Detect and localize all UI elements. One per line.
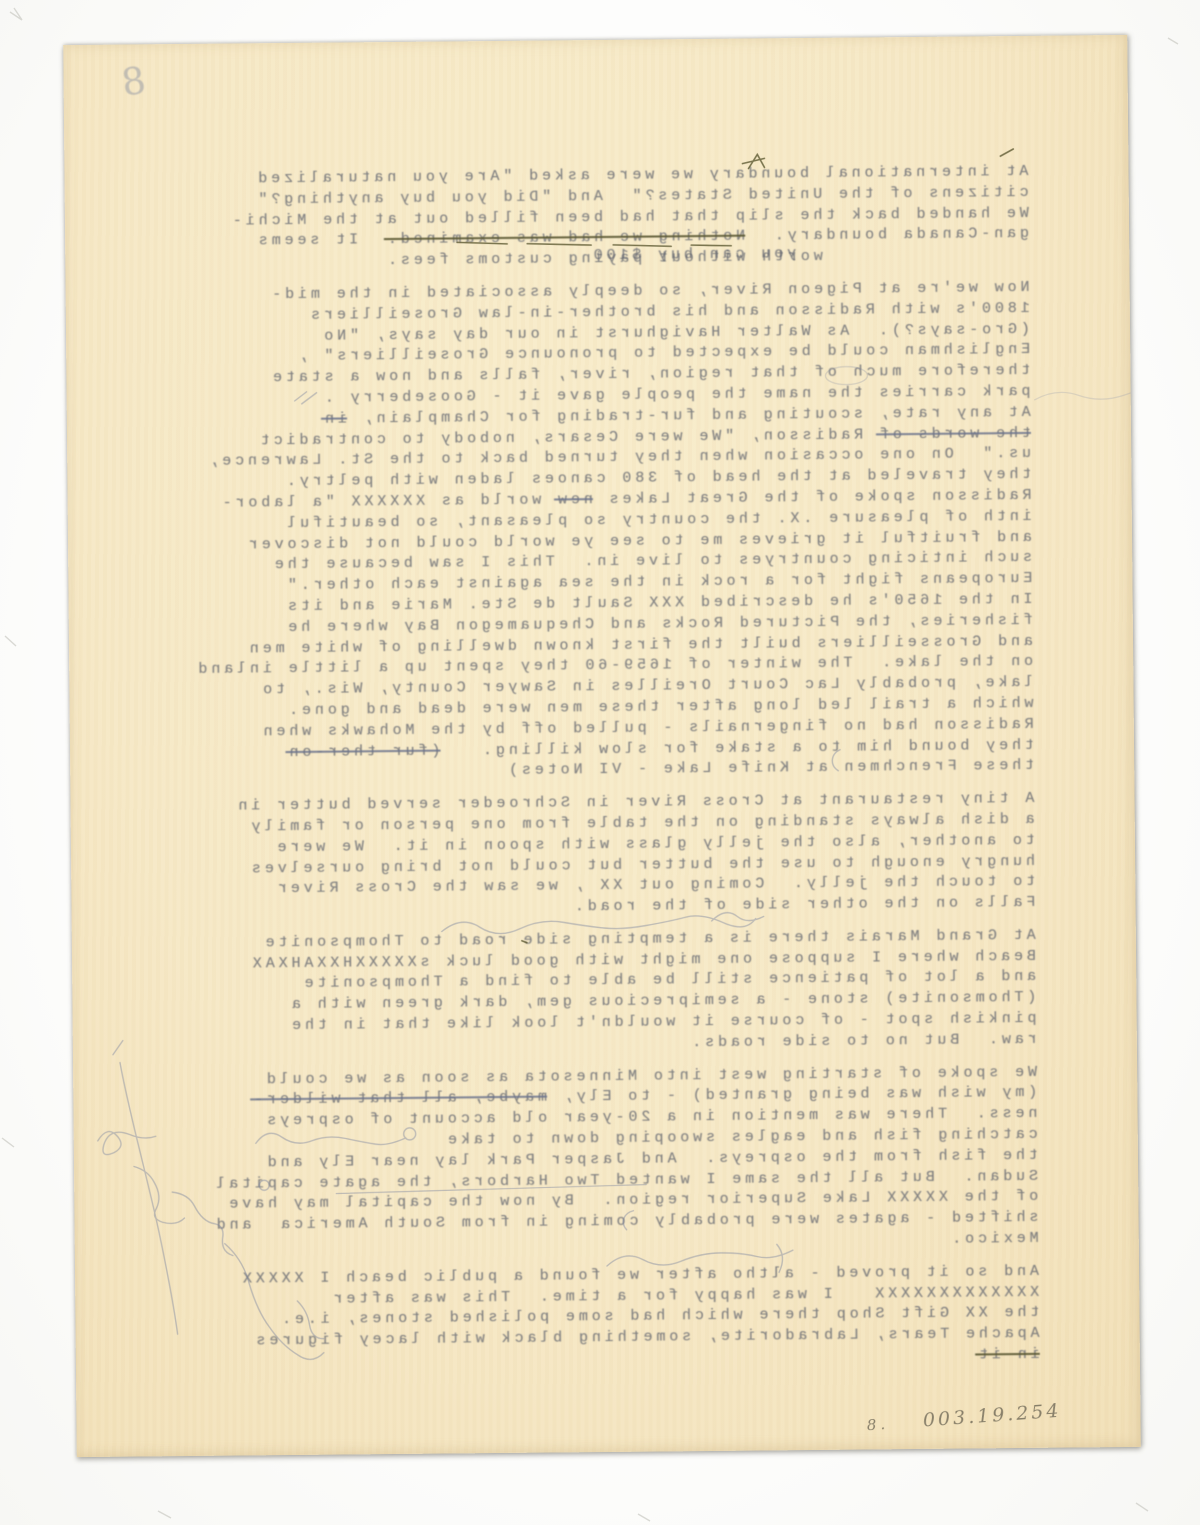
struck-text: the words of bbox=[876, 424, 1031, 442]
typed-paragraph: A tiny restaurant at Cross River in Schr… bbox=[114, 789, 1035, 923]
struck-text: (fur ther-on bbox=[286, 742, 441, 760]
typed-insert-line: you can buy $100 bbox=[590, 244, 797, 267]
struck-text: maybe, all that wilder- bbox=[250, 1089, 547, 1109]
typed-paragraph: Now we're at Pigeon River, so deeply ass… bbox=[110, 278, 1035, 786]
typed-paragraph: We spoke of starting west into Minnesota… bbox=[117, 1063, 1039, 1259]
typed-text-showthrough: At international boundary we were asked … bbox=[108, 162, 1040, 1387]
typed-paragraph: At international boundary we were asked … bbox=[108, 162, 1029, 275]
page-number-showthrough: 8 bbox=[92, 59, 148, 110]
typed-paragraph: And so it proved - altho after we found … bbox=[119, 1262, 1040, 1375]
typed-paragraph: At Grand Marais there is a tempting side… bbox=[116, 926, 1037, 1060]
struck-text: new bbox=[554, 491, 593, 508]
struck-text: in it bbox=[975, 1346, 1040, 1364]
accession-prefix: 8. bbox=[866, 1415, 890, 1435]
scan-background: { "document": { "kind": "typed manuscrip… bbox=[0, 0, 1200, 1525]
manuscript-page: At international boundary we were asked … bbox=[63, 35, 1141, 1457]
struck-text: in bbox=[321, 410, 347, 427]
showthrough-layer: At international boundary we were asked … bbox=[63, 35, 1141, 1457]
